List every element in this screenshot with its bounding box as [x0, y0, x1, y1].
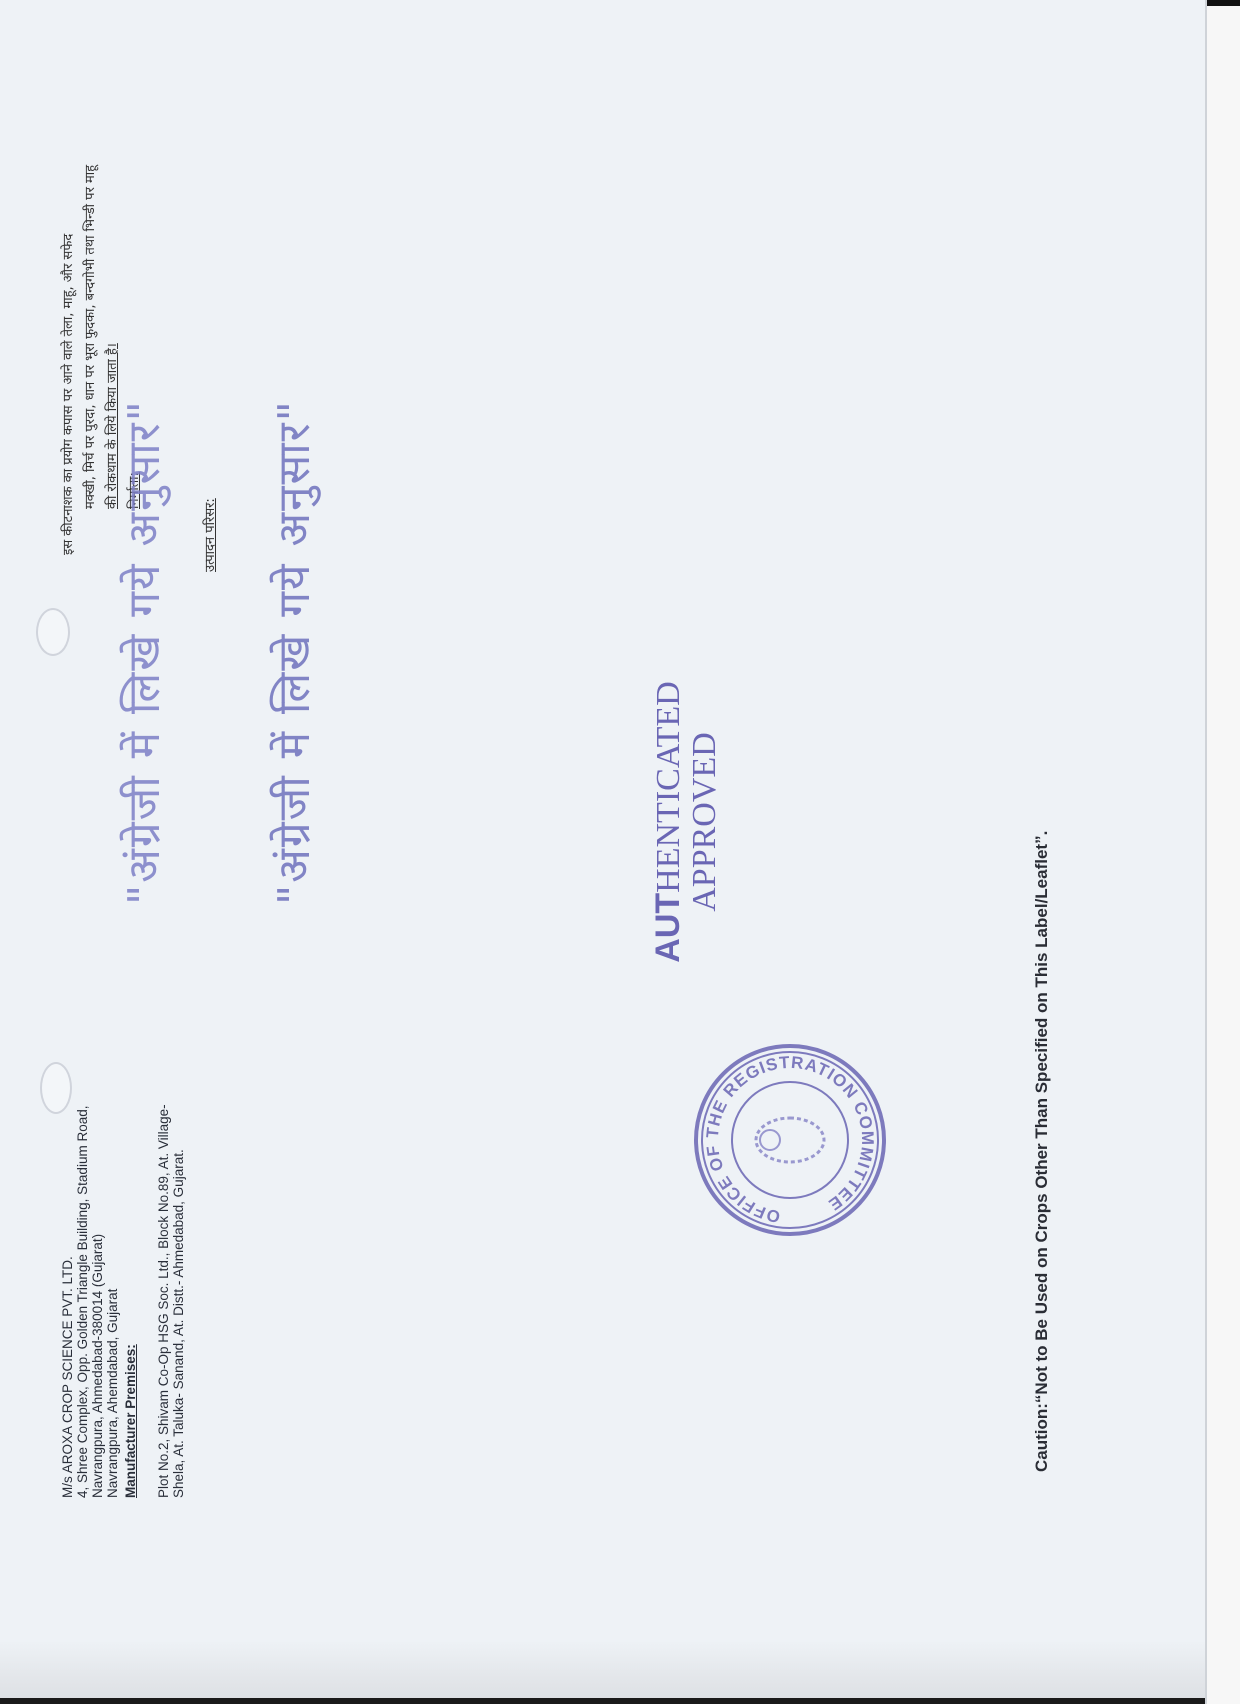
approved-text: APPROVED [687, 672, 723, 972]
address-line: Navrangpura, Ahemdabad, Gujarat [105, 1104, 120, 1498]
premises-line: Shela, At. Taluka- Sanand, At. Distt.- A… [171, 1104, 186, 1498]
svg-text:OFFICE OF THE REGISTRATION COM: OFFICE OF THE REGISTRATION COMMITTEE [703, 1053, 877, 1227]
premises-line: Plot No.2, Shivam Co-Op HSG Soc. Ltd., B… [156, 1104, 171, 1498]
registration-committee-seal: OFFICE OF THE REGISTRATION COMMITTEE [690, 1040, 890, 1240]
seal-text: OFFICE OF THE REGISTRATION COMMITTEE [703, 1053, 877, 1227]
caution-statement: Caution:“Not to Be Used on Crops Other T… [1032, 831, 1052, 1472]
company-name: M/s AROXA CROP SCIENCE PVT. LTD. [60, 1104, 75, 1498]
hindi-translation-stamp: "अंग्रेजी में लिखे गये अनुसार" [112, 399, 172, 905]
hindi-line: इस कीटनाशक का प्रयोग कपास पर आने वाले ते… [58, 165, 80, 555]
authenticated-text: AUTHENTICATED [650, 672, 687, 972]
premises-label: Manufacturer Premises: [123, 1104, 138, 1498]
document-page: M/s AROXA CROP SCIENCE PVT. LTD. 4, Shre… [0, 0, 1205, 1704]
hindi-premises-block: उत्पादन परिसर: [200, 498, 222, 572]
punch-hole-mark [36, 608, 70, 656]
address-line: 4, Shree Complex, Opp. Golden Triangle B… [75, 1104, 90, 1498]
scan-edge-bottom [0, 1640, 1205, 1704]
scan-edge-right [1205, 0, 1240, 1704]
hindi-premises-label: उत्पादन परिसर: [200, 498, 222, 572]
authenticated-approved-stamp: AUTHENTICATED APPROVED [650, 672, 723, 972]
hindi-line: मक्खी, मिर्च पर पुरदा, धान पर भूरा फुदका… [80, 165, 102, 555]
hindi-translation-stamp: "अंग्रेजी में लिखे गये अनुसार" [262, 399, 322, 905]
address-line: Navrangpura, Ahmedabad-380014 (Gujarat) [90, 1104, 105, 1498]
manufacturer-address-block: M/s AROXA CROP SCIENCE PVT. LTD. 4, Shre… [60, 1104, 186, 1498]
